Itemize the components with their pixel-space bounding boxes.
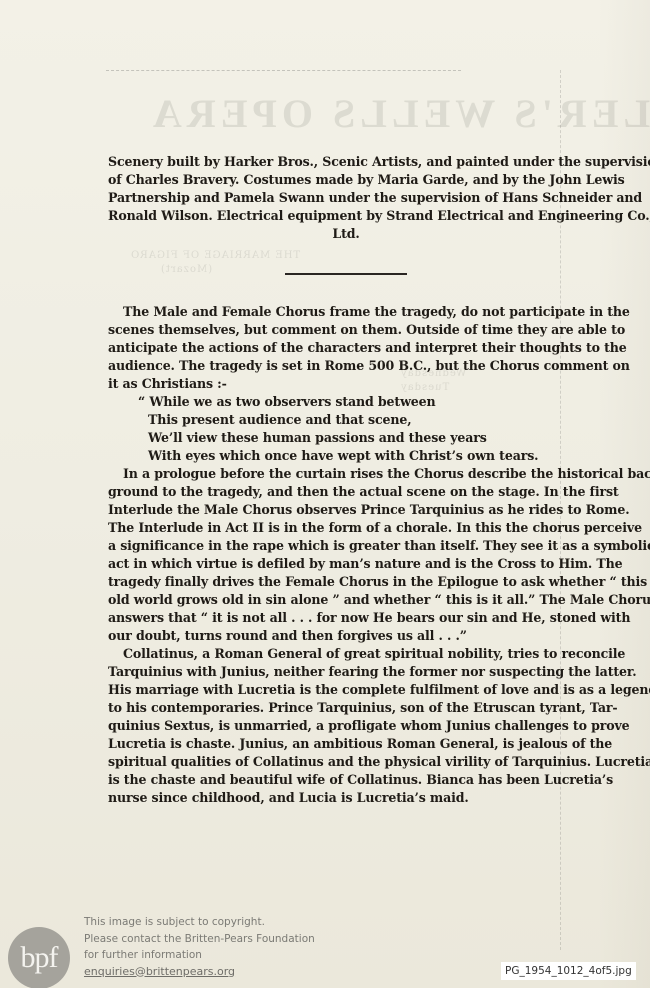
characters-line: Tarquinius with Junius, neither fearing … <box>108 663 584 681</box>
copyright-line: Please contact the Britten-Pears Foundat… <box>84 931 315 948</box>
copyright-line: This image is subject to copyright. <box>84 914 315 931</box>
chorus-line: scenes themselves, but comment on them. … <box>108 321 584 339</box>
prologue-line: Interlude the Male Chorus observes Princ… <box>108 501 584 519</box>
show-through-fragment: (Mozart) <box>160 264 212 275</box>
prologue-line: The Interlude in Act II is in the form o… <box>108 519 584 537</box>
credits-line: Ronald Wilson. Electrical equipment by S… <box>108 207 584 225</box>
poem-line: “ While we as two observers stand betwee… <box>108 393 584 411</box>
copyright-notice: This image is subject to copyright. Plea… <box>84 914 315 980</box>
show-through-title: SADLER'S WELLS OPERA <box>148 90 650 137</box>
prologue-line: ground to the tragedy, and then the actu… <box>108 483 584 501</box>
prologue-line: answers that “ it is not all . . . for n… <box>108 609 584 627</box>
poem-line: This present audience and that scene, <box>108 411 584 429</box>
poem-line: With eyes which once have wept with Chri… <box>108 447 584 465</box>
credits-line: Partnership and Pamela Swann under the s… <box>108 189 584 207</box>
chorus-line: audience. The tragedy is set in Rome 500… <box>108 357 584 375</box>
prologue-line: act in which virtue is defiled by man’s … <box>108 555 584 573</box>
show-through-rule <box>106 70 461 72</box>
prologue-line: our doubt, turns round and then forgives… <box>108 627 584 645</box>
characters-line: to his contemporaries. Prince Tarquinius… <box>108 699 584 717</box>
bpf-logo-text: bpf <box>21 941 58 975</box>
credits-line: of Charles Bravery. Costumes made by Mar… <box>108 171 584 189</box>
file-name-label: PG_1954_1012_4of5.jpg <box>501 962 636 980</box>
bpf-logo: bpf <box>8 927 70 988</box>
prologue-line: tragedy finally drives the Female Chorus… <box>108 573 584 591</box>
characters-line: Lucretia is chaste. Junius, an ambitious… <box>108 735 584 753</box>
credits-line: Scenery built by Harker Bros., Scenic Ar… <box>108 153 584 171</box>
body-text: The Male and Female Chorus frame the tra… <box>108 303 584 807</box>
chorus-line: anticipate the actions of the characters… <box>108 339 584 357</box>
show-through-fragment: THE MARRIAGE OF FIGARO <box>130 250 300 261</box>
poem-line: We’ll view these human passions and thes… <box>108 429 584 447</box>
prologue-line: In a prologue before the curtain rises t… <box>108 465 584 483</box>
enquiries-email-link[interactable]: enquiries@brittenpears.org <box>84 965 235 978</box>
characters-line: Collatinus, a Roman General of great spi… <box>108 645 584 663</box>
characters-line: quinius Sextus, is unmarried, a profliga… <box>108 717 584 735</box>
characters-line: nurse since childhood, and Lucia is Lucr… <box>108 789 584 807</box>
prologue-line: old world grows old in sin alone ” and w… <box>108 591 584 609</box>
characters-line: spiritual qualities of Collatinus and th… <box>108 753 584 771</box>
copyright-line: for further information <box>84 947 315 964</box>
chorus-line: it as Christians :- <box>108 375 584 393</box>
characters-line: His marriage with Lucretia is the comple… <box>108 681 584 699</box>
characters-line: is the chaste and beautiful wife of Coll… <box>108 771 584 789</box>
section-divider <box>285 273 407 275</box>
prologue-line: a significance in the rape which is grea… <box>108 537 584 555</box>
credits-line: Ltd. <box>108 225 584 243</box>
credits-paragraph: Scenery built by Harker Bros., Scenic Ar… <box>108 153 584 243</box>
chorus-line: The Male and Female Chorus frame the tra… <box>108 303 584 321</box>
